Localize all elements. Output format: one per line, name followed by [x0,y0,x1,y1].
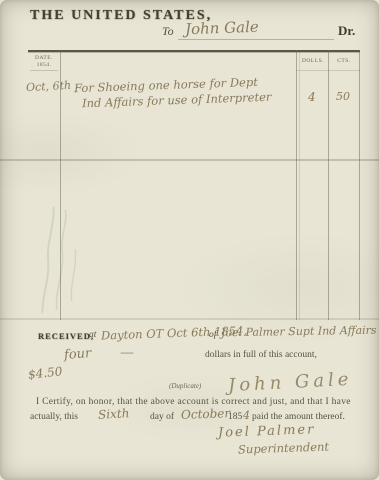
document-page: THE UNITED STATES, To John Gale Dr. DATE… [0,0,379,480]
duplicate-label: (Duplicate) [169,382,201,390]
received-at-label: at [89,330,96,340]
certify-line2-prefix: actually, this [30,412,78,422]
fold-crease-upper [0,159,379,161]
certify-line2-suffix: paid the amount thereof. [252,412,345,422]
date-column-header: DATE. 1854. [30,55,58,68]
dr-label: Dr. [338,23,355,39]
year-header-label: 1854. [30,62,58,69]
received-label: RECEIVED, [38,331,94,341]
amount-in-words-handwritten: four [64,346,92,363]
payee-underline [178,39,334,40]
fold-crease-lower [0,318,379,320]
date-header-underline [30,70,58,71]
dolls-column-line-b [299,50,300,320]
margin-amount-handwritten: $4.50 [27,364,63,382]
entry-date: Oct, 6th [26,79,72,94]
payee-name-handwritten: John Gale [185,18,259,39]
year-printed: 185 [228,412,242,422]
certify-line1: I Certify, on honor, that the above acco… [36,397,356,407]
table-right-edge-line [359,50,360,320]
cts-column-line [328,50,329,320]
table-top-rule [28,50,360,52]
year-digit-handwritten: 4 [243,409,250,422]
day-in-words-handwritten: Sixth [98,406,130,422]
entry-dollars: 4 [308,90,316,104]
to-label: To [162,24,174,39]
payer-title-handwritten: Superintendent [238,439,329,456]
date-header-label: DATE. [30,55,58,62]
payee-signature: John Gale [228,369,353,396]
dollars-in-full-label: dollars in full of this account, [205,350,317,360]
bleedthrough-marks [12,196,114,325]
certify-line2-middle: day of [150,412,174,422]
amount-flourish-dash: — [120,345,142,361]
cts-column-header: CTS. [331,58,357,65]
received-of-label: of [209,330,216,340]
payer-signature: Joel Palmer [218,422,316,440]
dolls-column-line-a [296,50,297,320]
amount-header-underline [296,70,360,71]
dolls-column-header: DOLLS. [300,58,326,65]
entry-cents: 50 [336,90,350,103]
month-in-words-handwritten: October [181,406,231,422]
payer-name-handwritten: Joel Palmer Supt Ind Affairs [221,324,377,340]
